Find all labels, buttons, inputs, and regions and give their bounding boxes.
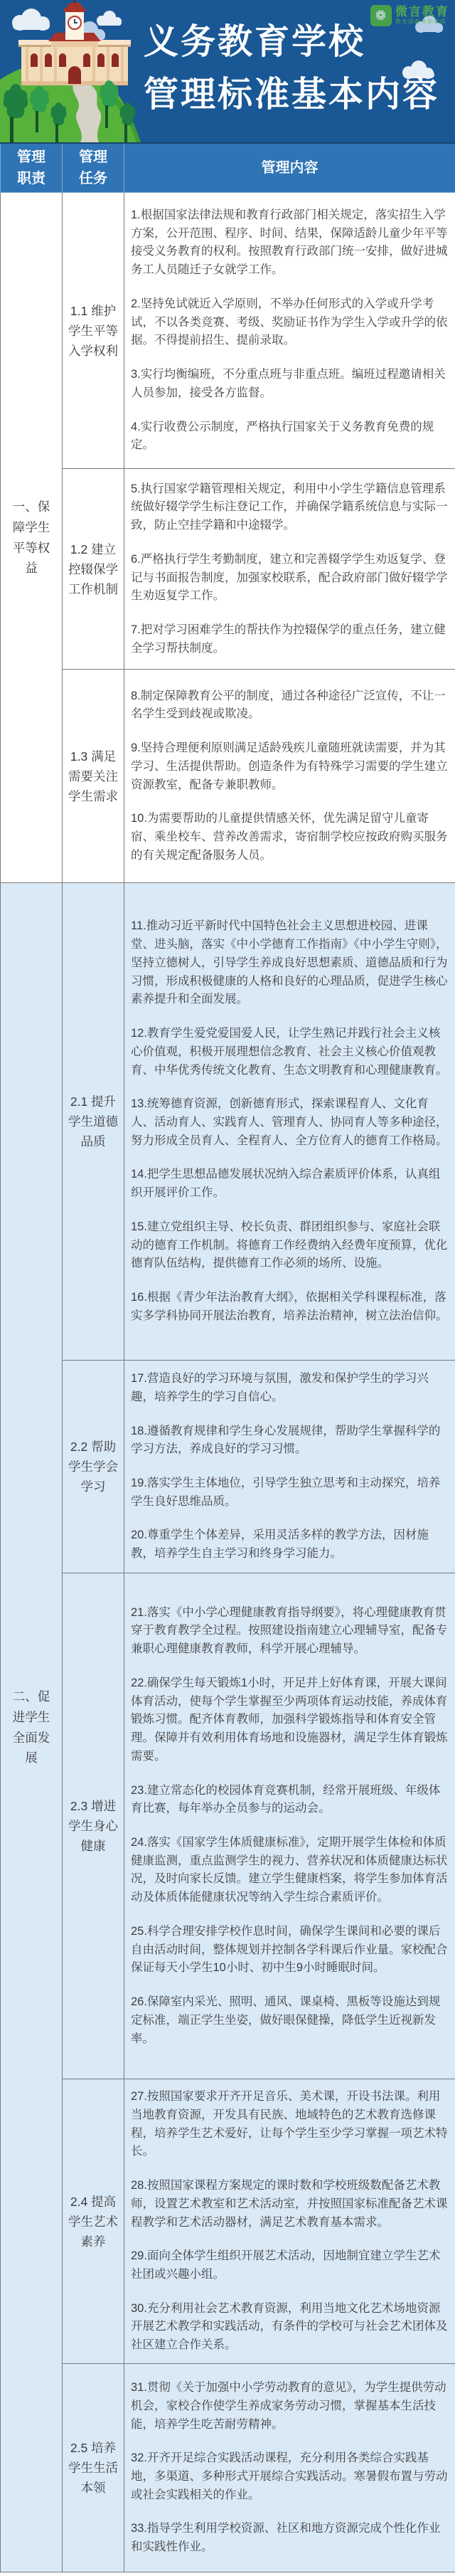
table-row: 2.4 提高学生艺术素养 27.按照国家要求开齐开足音乐、美术课，开设书法课。利…: [1, 2079, 455, 2364]
content-item-7: 7.把对学习困难学生的帮扶作为控辍保学的重点任务，建立健全学习帮扶制度。: [131, 621, 448, 658]
content-item-26: 26.保障室内采光、照明、通风、课桌椅、黑板等设施达到规定标准，端正学生坐姿，做…: [131, 1993, 448, 2048]
content-item-19: 19.落实学生主体地位，引导学生独立思考和主动探究，培养学生良好思维品质。: [131, 1474, 448, 1511]
page-title-line2: 管理标准基本内容: [144, 68, 439, 121]
wechat-education-logo: ❁ 微言教育 教育部政务新媒体: [370, 5, 449, 26]
content-item-28: 28.按照国家课程方案规定的课时数和学校班级数配备艺术教师，设置艺术教室和艺术活…: [131, 2177, 448, 2232]
content-item-9: 9.坚持合理便利原则满足适龄残疾儿童随班就读需要，并为其学习、生活提供帮助。创造…: [131, 739, 448, 794]
content-item-24: 24.落实《国家学生体质健康标准》，定期开展学生体检和体质健康监测，重点监测学生…: [131, 1834, 448, 1907]
content-item-6: 6.严格执行学生考勤制度，建立和完善辍学学生劝返复学、登记与书面报告制度，加强家…: [131, 551, 448, 606]
dandelion-icon: ❁: [370, 5, 392, 26]
content-item-11: 11.推动习近平新时代中国特色社会主义思想进校园、进课堂、进头脑，落实《中小学德…: [131, 917, 448, 1009]
content-cell-2-1: 11.推动习近平新时代中国特色社会主义思想进校园、进课堂、进头脑，落实《中小学德…: [124, 883, 455, 1361]
table-header-row: 管理职责 管理任务 管理内容: [1, 143, 455, 193]
page-title: 义务教育学校 管理标准基本内容: [144, 16, 439, 121]
content-item-22: 22.确保学生每天锻炼1小时，开足并上好体育课，开展大课间体育活动，使每个学生掌…: [131, 1674, 448, 1766]
content-item-30: 30.充分利用社会艺术教育资源，利用当地文化艺术场地资源开展艺术教学和实践活动，…: [131, 2300, 448, 2355]
table-row: 1.3 满足需要关注学生需求 8.制定保障教育公平的制度，通过各种途径广泛宣传，…: [1, 670, 455, 883]
content-item-5: 5.执行国家学籍管理相关规定，利用中小学生学籍信息管理系统做好辍学学生标注登记工…: [131, 480, 448, 535]
content-item-23: 23.建立常态化的校园体育竞赛机制，经常开展班级、年级体育比赛，每年举办全员参与…: [131, 1782, 448, 1818]
task-cell-2-2: 2.2 帮助学生学会学习: [63, 1361, 124, 1573]
content-item-1: 1.根据国家法律法规和教育行政部门相关规定，落实招生入学方案，公开范围、程序、时…: [131, 206, 448, 280]
content-item-15: 15.建立党组织主导、校长负责、群团组织参与、家庭社会联动的德育工作机制。将德育…: [131, 1218, 448, 1273]
content-item-2: 2.坚持免试就近入学原则，不举办任何形式的入学或升学考试，不以各类竞赛、考级、奖…: [131, 295, 448, 350]
content-item-13: 13.统筹德育资源，创新德育形式，探索课程育人、文化育人、活动育人、实践育人、管…: [131, 1095, 448, 1150]
logo-subtitle: 教育部政务新媒体: [395, 19, 449, 26]
task-cell-2-4: 2.4 提高学生艺术素养: [63, 2079, 124, 2364]
content-cell-1-3: 8.制定保障教育公平的制度，通过各种途径广泛宣传，不让一名学生受到歧视或欺凌。 …: [124, 670, 455, 883]
content-cell-2-2: 17.营造良好的学习环境与氛围，激发和保护学生的学习兴趣，培养学生的学习自信心。…: [124, 1361, 455, 1573]
table-row: 一、保障学生平等权益 1.1 维护学生平等入学权利 1.根据国家法律法规和教育行…: [1, 193, 455, 469]
table-row: 2.3 增进学生身心健康 21.落实《中小学心理健康教育指导纲要》，将心理健康教…: [1, 1573, 455, 2079]
content-cell-1-1: 1.根据国家法律法规和教育行政部门相关规定，落实招生入学方案，公开范围、程序、时…: [124, 193, 455, 469]
task-cell-2-5: 2.5 培养学生生活本领: [63, 2364, 124, 2572]
logo-name: 微言教育: [395, 5, 449, 19]
duty-cell-1: 一、保障学生平等权益: [1, 193, 63, 883]
duty-cell-2: 二、促进学生全面发展: [1, 883, 63, 2572]
content-item-16: 16.根据《青少年法治教育大纲》，依据相关学科课程标准，落实多学科协同开展法治教…: [131, 1289, 448, 1325]
task-cell-1-2: 1.2 建立控辍保学工作机制: [63, 469, 124, 670]
section-1: 一、保障学生平等权益 1.1 维护学生平等入学权利 1.根据国家法律法规和教育行…: [1, 193, 455, 883]
table-row: 1.2 建立控辍保学工作机制 5.执行国家学籍管理相关规定，利用中小学生学籍信息…: [1, 469, 455, 670]
task-cell-2-3: 2.3 增进学生身心健康: [63, 1573, 124, 2079]
content-cell-2-4: 27.按照国家要求开齐开足音乐、美术课，开设书法课。利用当地教育资源，开发具有民…: [124, 2079, 455, 2364]
content-item-14: 14.把学生思想品德发展状况纳入综合素质评价体系，认真组织开展评价工作。: [131, 1166, 448, 1202]
task-cell-1-3: 1.3 满足需要关注学生需求: [63, 670, 124, 883]
content-item-29: 29.面向全体学生组织开展艺术活动，因地制宜建立学生艺术社团或兴趣小组。: [131, 2247, 448, 2284]
content-item-20: 20.尊重学生个体差异，采用灵活多样的教学方法，因材施教，培养学生自主学习和终身…: [131, 1526, 448, 1563]
header-task: 管理任务: [63, 143, 124, 193]
content-cell-1-2: 5.执行国家学籍管理相关规定，利用中小学生学籍信息管理系统做好辍学学生标注登记工…: [124, 469, 455, 670]
content-item-33: 33.指导学生利用学校资源、社区和地方资源完成个性化作业和实践性作业。: [131, 2520, 448, 2556]
header-content: 管理内容: [124, 143, 455, 193]
content-item-8: 8.制定保障教育公平的制度，通过各种途径广泛宣传，不让一名学生受到歧视或欺凌。: [131, 687, 448, 724]
content-item-12: 12.教育学生爱党爱国爱人民，让学生熟记并践行社会主义核心价值观，积极开展理想信…: [131, 1025, 448, 1080]
content-item-10: 10.为需要帮助的儿童提供情感关怀，优先满足留守儿童寄宿、乘坐校车、营养改善需求…: [131, 810, 448, 865]
content-item-4: 4.实行收费公示制度，严格执行国家关于义务教育免费的规定。: [131, 418, 448, 455]
content-item-32: 32.开齐开足综合实践活动课程，充分利用各类综合实践基地，多渠道、多种形式开展综…: [131, 2449, 448, 2504]
content-item-17: 17.营造良好的学习环境与氛围，激发和保护学生的学习兴趣，培养学生的学习自信心。: [131, 1370, 448, 1406]
content-item-27: 27.按照国家要求开齐开足音乐、美术课，开设书法课。利用当地教育资源，开发具有民…: [131, 2088, 448, 2161]
content-item-18: 18.遵循教育规律和学生身心发展规律，帮助学生掌握科学的学习方法，养成良好的学习…: [131, 1422, 448, 1459]
header-duty: 管理职责: [1, 143, 63, 193]
content-item-25: 25.科学合理安排学校作息时间，确保学生课间和必要的课后自由活动时间，整体规划并…: [131, 1923, 448, 1978]
content-cell-2-5: 31.贯彻《关于加强中小学劳动教育的意见》，为学生提供劳动机会，家校合作使学生养…: [124, 2364, 455, 2572]
table-row: 2.2 帮助学生学会学习 17.营造良好的学习环境与氛围，激发和保护学生的学习兴…: [1, 1361, 455, 1573]
content-item-21: 21.落实《中小学心理健康教育指导纲要》，将心理健康教育贯穿于教育教学全过程。按…: [131, 1604, 448, 1659]
task-cell-1-1: 1.1 维护学生平等入学权利: [63, 193, 124, 469]
content-cell-2-3: 21.落实《中小学心理健康教育指导纲要》，将心理健康教育贯穿于教育教学全过程。按…: [124, 1573, 455, 2079]
standards-table: 管理职责 管理任务 管理内容 一、保障学生平等权益 1.1 维护学生平等入学权利…: [0, 142, 455, 2572]
school-illustration: [0, 0, 164, 142]
table-row: 2.5 培养学生生活本领 31.贯彻《关于加强中小学劳动教育的意见》，为学生提供…: [1, 2364, 455, 2572]
content-item-31: 31.贯彻《关于加强中小学劳动教育的意见》，为学生提供劳动机会，家校合作使学生养…: [131, 2379, 448, 2434]
content-item-3: 3.实行均衡编班，不分重点班与非重点班。编班过程邀请相关人员参加，接受各方监督。: [131, 366, 448, 402]
task-cell-2-1: 2.1 提升学生道德品质: [63, 883, 124, 1361]
banner: 义务教育学校 管理标准基本内容 ❁ 微言教育 教育部政务新媒体: [0, 0, 455, 142]
table-row: 二、促进学生全面发展 2.1 提升学生道德品质 11.推动习近平新时代中国特色社…: [1, 883, 455, 1361]
section-2: 二、促进学生全面发展 2.1 提升学生道德品质 11.推动习近平新时代中国特色社…: [1, 883, 455, 2572]
